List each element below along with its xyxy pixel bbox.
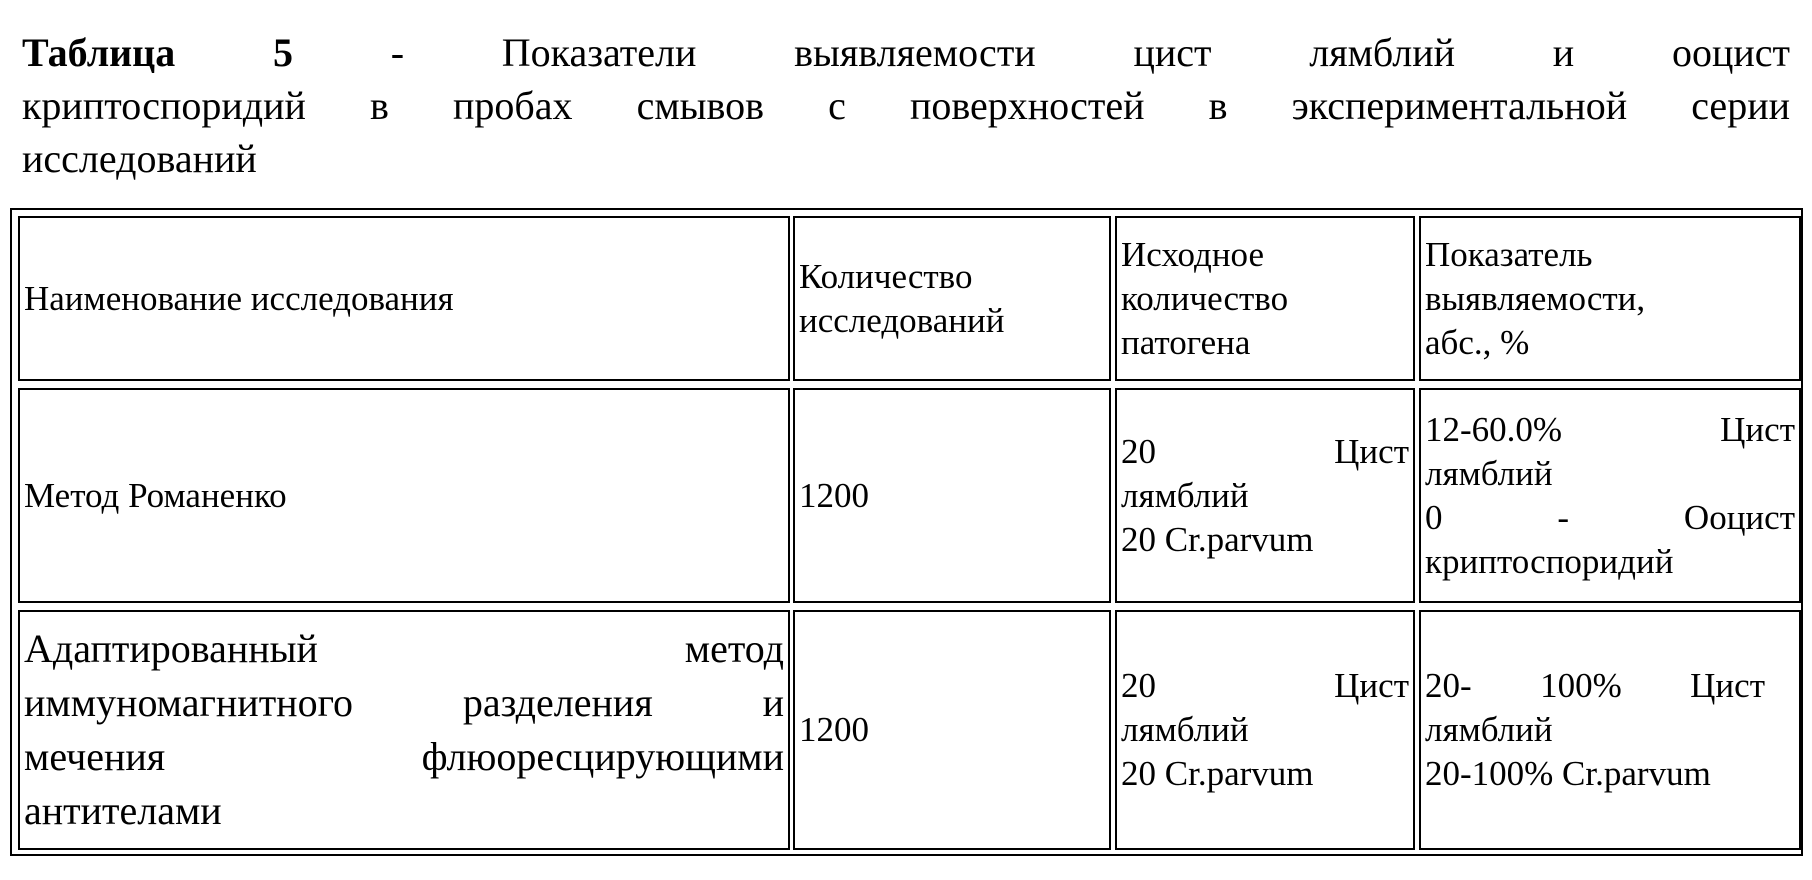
cell-text: 1200	[799, 708, 1105, 752]
cell-text: 0 - Ооцист	[1425, 496, 1795, 540]
header-cell-study-name: Наименование исследования	[18, 216, 790, 381]
cell-text: 20 Цист	[1121, 664, 1409, 708]
caption-line-2: криптоспоридий в пробах смывов с поверхн…	[22, 79, 1790, 132]
header-text: Наименование исследования	[24, 277, 784, 321]
caption-label: Таблица 5	[22, 30, 293, 75]
row-2-initial-pathogen: 20 Цист лямблий 20 Cr.parvum	[1115, 610, 1415, 850]
header-cell-detection-rate: Показатель выявляемости, абс., %	[1419, 216, 1801, 381]
cell-text: 20 Цист	[1121, 430, 1409, 474]
cell-text: антителами	[24, 784, 784, 838]
header-text: количество	[1121, 277, 1409, 321]
caption-title-part-1: - Показатели выявляемости цист лямблий и…	[293, 30, 1790, 75]
header-text: Показатель	[1425, 233, 1795, 277]
header-text: исследований	[799, 299, 1105, 343]
cell-text: 1200	[799, 474, 1105, 518]
header-cell-study-count: Количество исследований	[793, 216, 1111, 381]
header-text: абс., %	[1425, 321, 1795, 365]
cell-text: мечения флюоресцирующими	[24, 730, 784, 784]
header-text: Исходное	[1121, 233, 1409, 277]
row-1-detection-rate: 12-60.0% Цист лямблий 0 - Ооцист криптос…	[1419, 388, 1801, 603]
header-text: Количество	[799, 255, 1105, 299]
row-1-initial-pathogen: 20 Цист лямблий 20 Cr.parvum	[1115, 388, 1415, 603]
cell-text: криптоспоридий	[1425, 540, 1795, 584]
header-cell-initial-pathogen: Исходное количество патогена	[1115, 216, 1415, 381]
cell-text: Адаптированный метод	[24, 622, 784, 676]
header-text: выявляемости,	[1425, 277, 1795, 321]
cell-text: лямблий	[1425, 708, 1795, 752]
cell-text: лямблий	[1425, 452, 1795, 496]
row-2-study-name: Адаптированный метод иммуномагнитного ра…	[18, 610, 790, 850]
cell-text: 20 Cr.parvum	[1121, 752, 1409, 796]
cell-text: 20- 100% Цист	[1425, 664, 1795, 708]
cell-text: 20-100% Cr.parvum	[1425, 752, 1795, 796]
cell-text: лямблий	[1121, 474, 1409, 518]
row-2-study-count: 1200	[793, 610, 1111, 850]
cell-text: 12-60.0% Цист	[1425, 408, 1795, 452]
row-1-study-name: Метод Романенко	[18, 388, 790, 603]
caption-line-3: исследований	[22, 132, 1790, 185]
header-text: патогена	[1121, 321, 1409, 365]
cell-text: лямблий	[1121, 708, 1409, 752]
cell-text: Метод Романенко	[24, 474, 784, 518]
row-2-detection-rate: 20- 100% Цист лямблий 20-100% Cr.parvum	[1419, 610, 1801, 850]
table-caption: Таблица 5 - Показатели выявляемости цист…	[22, 26, 1790, 185]
cell-text: 20 Cr.parvum	[1121, 518, 1409, 562]
row-1-study-count: 1200	[793, 388, 1111, 603]
caption-line-1: Таблица 5 - Показатели выявляемости цист…	[22, 26, 1790, 79]
cell-text: иммуномагнитного разделения и	[24, 676, 784, 730]
